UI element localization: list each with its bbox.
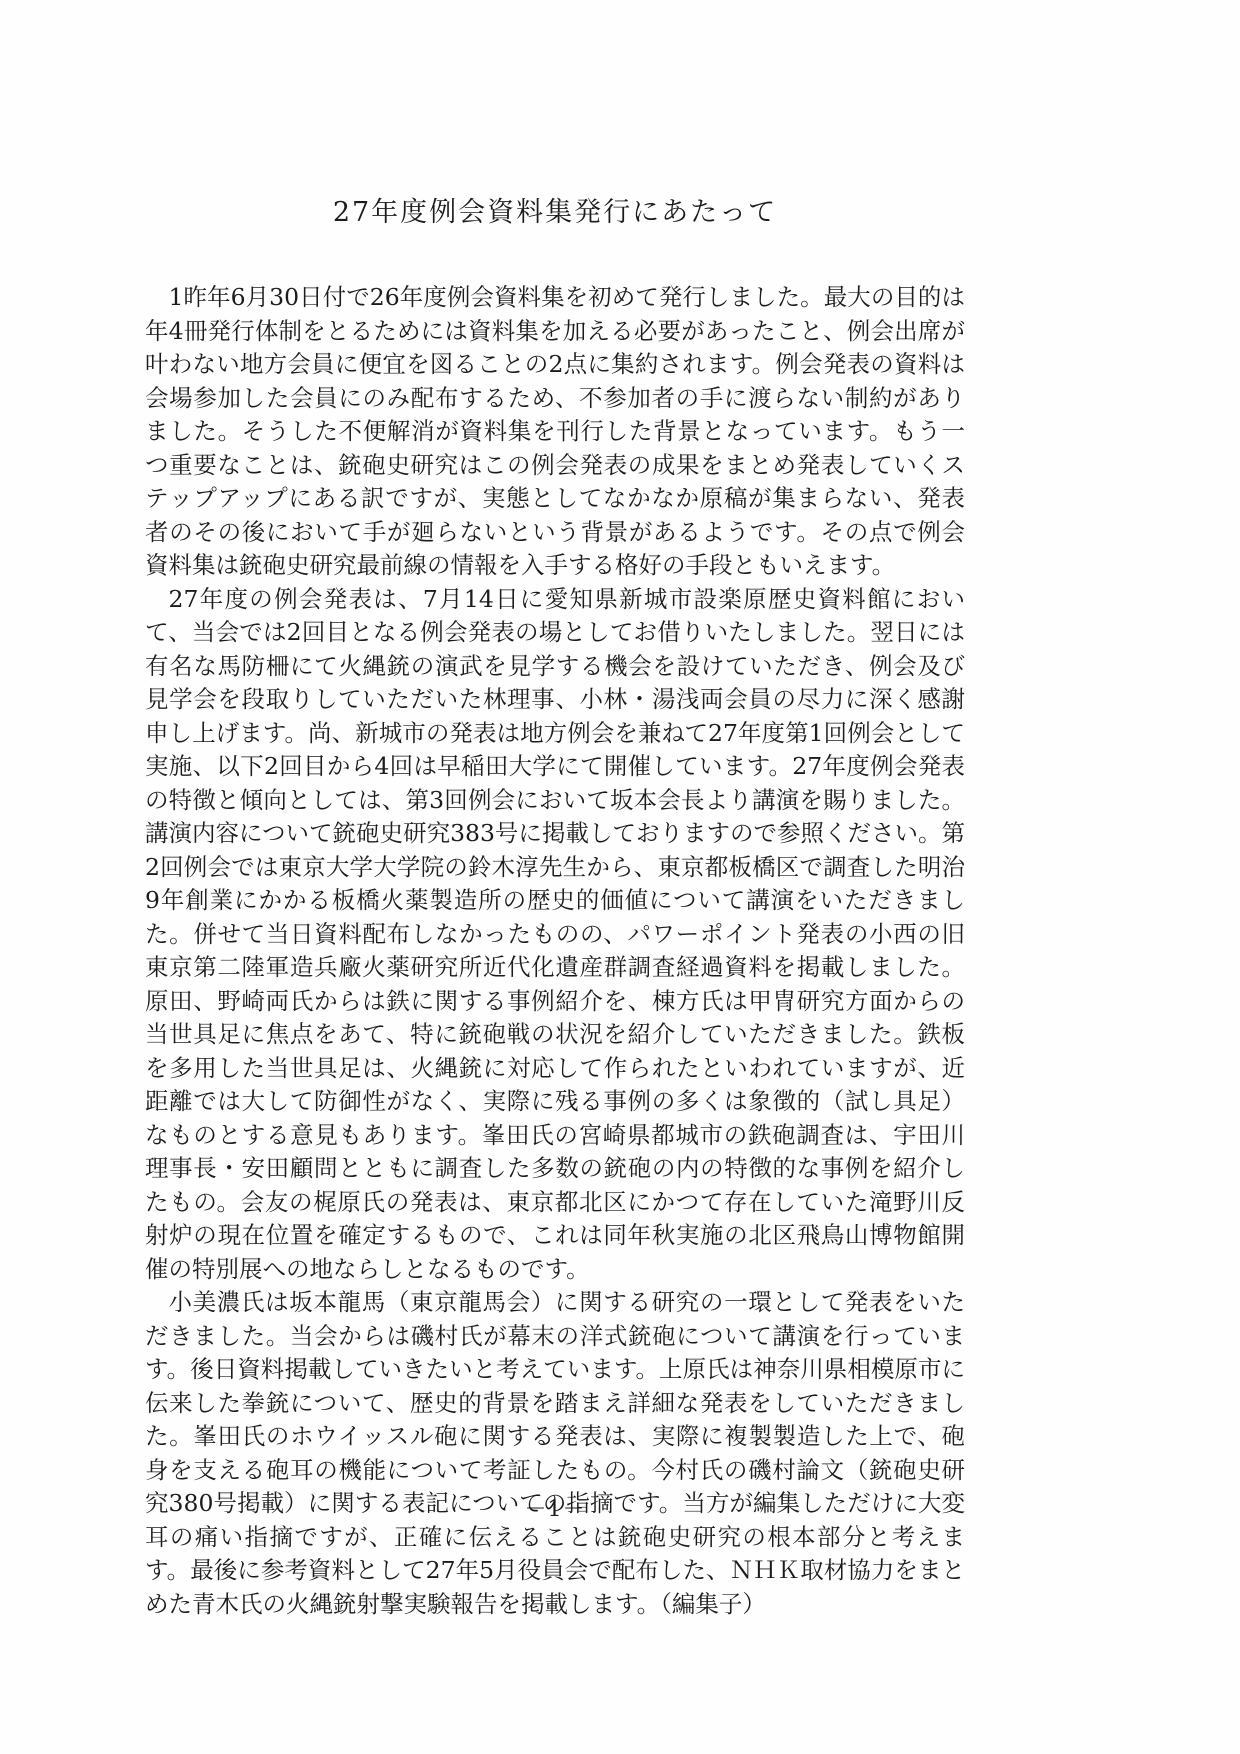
page-title: 27年度例会資料集発行にあたって (145, 190, 965, 229)
document-content: 27年度例会資料集発行にあたって 1昨年6月30日付で26年度例会資料集を初めて… (145, 190, 965, 1621)
paragraph-3: 小美濃氏は坂本龍馬（東京龍馬会）に関する研究の一環として発表をいただきました。当… (145, 1286, 965, 1621)
document-page: 27年度例会資料集発行にあたって 1昨年6月30日付で26年度例会資料集を初めて… (0, 0, 1240, 1754)
page-number: －1－ (145, 1492, 965, 1523)
paragraph-1: 1昨年6月30日付で26年度例会資料集を初めて発行しました。最大の目的は年4冊発… (145, 281, 965, 583)
paragraph-2: 27年度の例会発表は、7月14日に愛知県新城市設楽原歴史資料館において、当会では… (145, 583, 965, 1287)
body-text: 1昨年6月30日付で26年度例会資料集を初めて発行しました。最大の目的は年4冊発… (145, 281, 965, 1621)
